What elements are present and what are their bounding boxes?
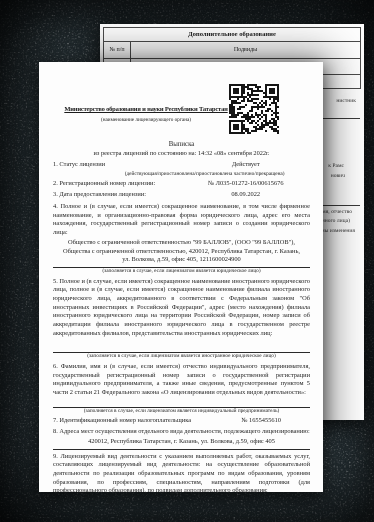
grant-date-label: 3. Дата предоставления лицензии:	[53, 191, 182, 200]
licensing-authority-caption: (наименование лицензирующего органа)	[53, 117, 239, 124]
license-status-value: Действует	[182, 161, 311, 170]
col-header-number: № п/п	[104, 42, 131, 58]
inn-value: № 1655455610	[212, 417, 310, 426]
grant-date-value: 08.09.2022	[182, 191, 311, 200]
license-status-label: 1. Статус лицензии	[53, 161, 182, 170]
page2-text-fragment: нного лица)	[322, 218, 350, 224]
legal-entity-name: Общество с ограниченной ответственностью…	[53, 239, 310, 265]
page2-text-fragment: нович	[331, 173, 345, 179]
licensed-activity-clause: 9. Лицензируемый вид деятельности с указ…	[53, 453, 310, 497]
qr-code-icon	[229, 84, 279, 134]
inn-row: 7. Идентификационный номер налогоплатель…	[53, 417, 310, 426]
entrepreneur-caption: (заполняется в случае, если лицензиатом …	[53, 408, 310, 415]
addresses-label: 8. Адреса мест осуществления отдельного …	[53, 428, 310, 437]
ministry-title: Министерство образования и науки Республ…	[53, 106, 239, 115]
foreign-entity-clause: 5. Полное и (в случае, если имеется) сок…	[53, 278, 310, 339]
table-header-row: № п/п Подвиды	[104, 42, 360, 59]
grant-date-row: 3. Дата предоставления лицензии: 08.09.2…	[53, 191, 310, 200]
entrepreneur-clause: 6. Фамилия, имя и (в случае, если имеетс…	[53, 363, 310, 398]
legal-entity-clause: 4. Полное и (в случае, если имеется) сок…	[53, 203, 310, 238]
registration-number-value: № Л035-01272-16/00615676	[182, 180, 311, 189]
photo-background: Дополнительное образование № п/п Подвиды…	[0, 0, 374, 522]
page2-text-fragment: к Рамс	[328, 163, 344, 169]
table-title: Дополнительное образование	[104, 28, 360, 42]
page-1: Министерство образования и науки Республ…	[39, 62, 323, 492]
document-header: Министерство образования и науки Республ…	[53, 82, 310, 140]
registration-number-label: 2. Регистрационный номер лицензии:	[53, 180, 182, 189]
inn-label: 7. Идентификационный номер налогоплатель…	[53, 417, 212, 426]
page2-text-fragment: нистник	[336, 98, 356, 104]
status-options-caption: (действующая/приостановлена/приостановле…	[53, 171, 310, 178]
extract-subtitle: из реестра лицензий по состоянию на: 14:…	[53, 150, 310, 159]
section-rule	[53, 449, 310, 450]
registration-number-row: 2. Регистрационный номер лицензии: № Л03…	[53, 180, 310, 189]
license-status-row: 1. Статус лицензии Действует	[53, 161, 310, 170]
page2-text-fragment: мя, отчество	[322, 209, 352, 215]
col-header-subtypes: Подвиды	[131, 42, 360, 58]
extract-title: Выписка	[53, 140, 310, 149]
legal-entity-caption: (заполняется в случае, если лицензиатом …	[53, 268, 310, 275]
addresses-value: 420012, Республика Татарстан, г. Казань,…	[53, 438, 310, 447]
foreign-entity-caption: (заполняется в случае, если лицензиатом …	[53, 353, 310, 360]
